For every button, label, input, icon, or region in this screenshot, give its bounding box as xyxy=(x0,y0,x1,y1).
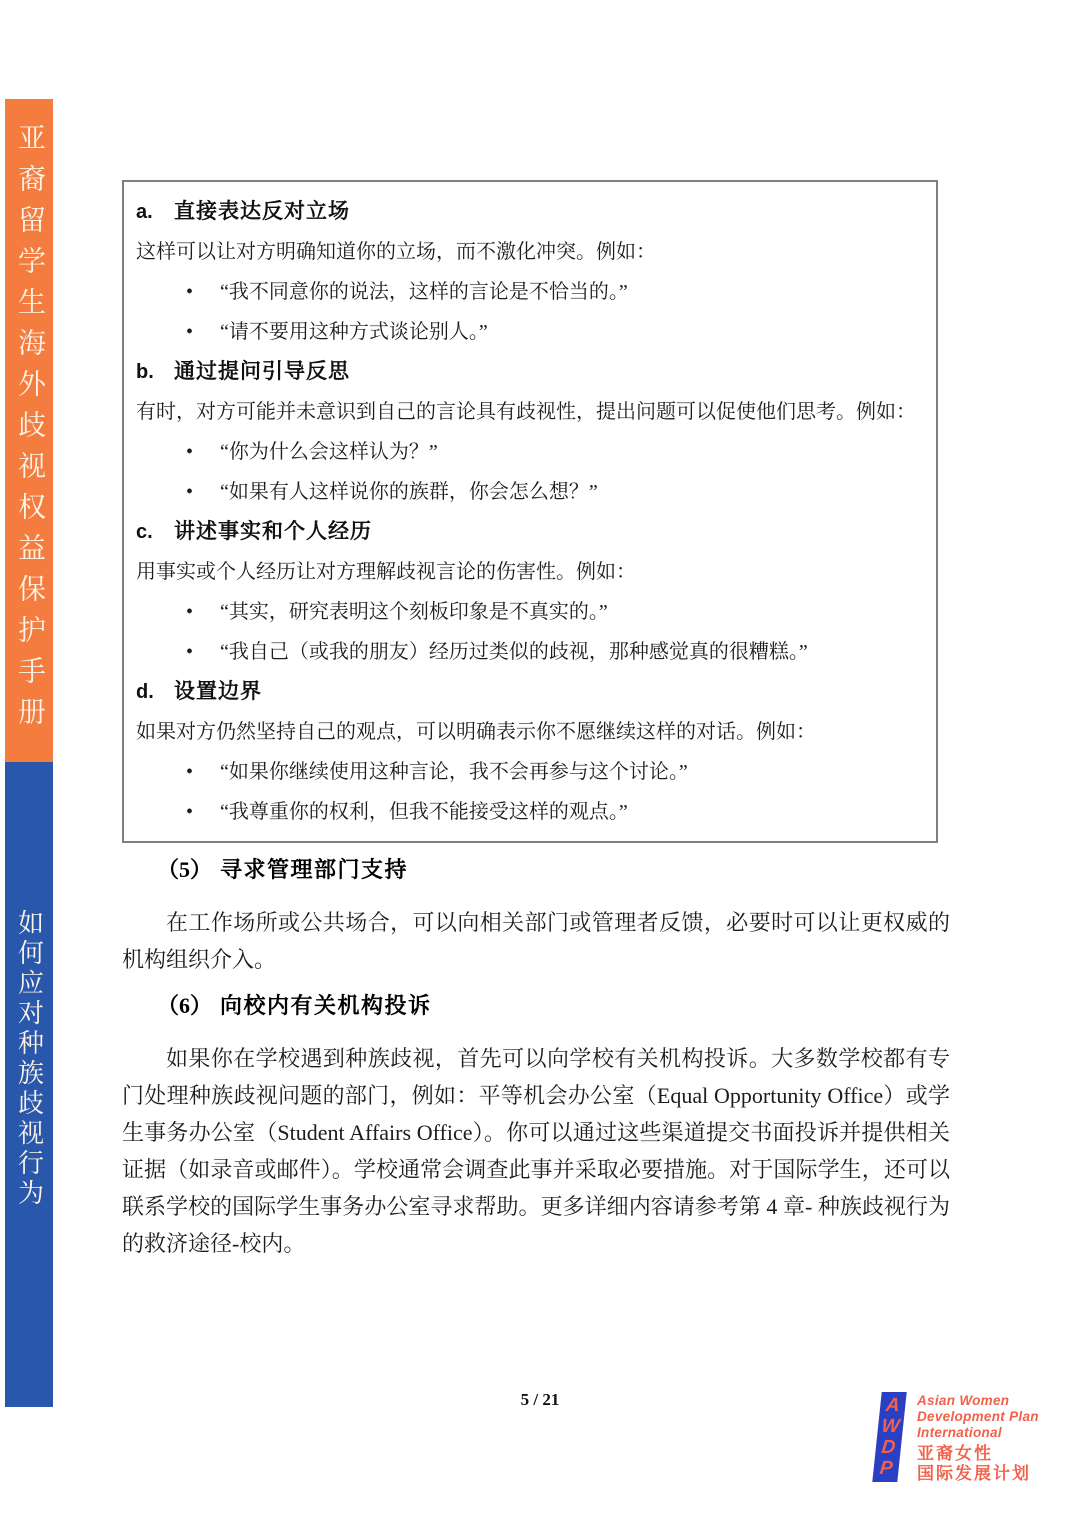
example-quote: “你为什么会这样认为？” xyxy=(136,432,922,472)
example-quote: “请不要用这种方式谈论别人。” xyxy=(136,312,922,352)
sidebar-chapter-band: 如何应对种族歧视行为 xyxy=(5,762,53,1407)
sidebar-chapter-title: 如何应对种族歧视行为 xyxy=(11,909,48,1209)
example-quote: “其实，研究表明这个刻板印象是不真实的。” xyxy=(136,592,922,632)
strategy-heading: d. 设置边界 xyxy=(136,672,922,712)
example-quote-text: “你为什么会这样认为？” xyxy=(220,441,438,463)
sidebar-handbook-title: 亚裔留学生海外歧视权益保护手册 xyxy=(9,123,49,738)
example-quote-text: “如果有人这样说你的族群，你会怎么想？” xyxy=(220,481,598,503)
example-quote: “我尊重你的权利，但我不能接受这样的观点。” xyxy=(136,792,922,832)
strategy-heading: c. 讲述事实和个人经历 xyxy=(136,512,922,552)
logo-line-zh: 亚裔女性 xyxy=(917,1444,1039,1464)
example-quote-text: “其实，研究表明这个刻板印象是不真实的。” xyxy=(220,601,608,623)
awdp-logo: A W D P Asian Women Development Plan Int… xyxy=(877,1392,1039,1484)
section-5: （5） 寻求管理部门支持 在工作场所或公共场合，可以向相关部门或管理者反馈，必要… xyxy=(122,852,950,978)
section-heading: （5） 寻求管理部门支持 xyxy=(122,852,950,888)
strategy-section-a: a. 直接表达反对立场 这样可以让对方明确知道你的立场，而不激化冲突。例如： “… xyxy=(136,192,922,352)
strategy-title: 讲述事实和个人经历 xyxy=(174,512,372,552)
example-quote-text: “如果你继续使用这种言论，我不会再参与这个讨论。” xyxy=(220,761,688,783)
awdp-logo-text: Asian Women Development Plan Internation… xyxy=(917,1392,1039,1484)
strategy-marker: a. xyxy=(136,192,174,232)
section-number: （5） xyxy=(157,852,212,888)
strategy-section-c: c. 讲述事实和个人经历 用事实或个人经历让对方理解歧视言论的伤害性。例如： “… xyxy=(136,512,922,672)
example-list: “我不同意你的说法，这样的言论是不恰当的。” “请不要用这种方式谈论别人。” xyxy=(136,272,922,352)
body-sections: （5） 寻求管理部门支持 在工作场所或公共场合，可以向相关部门或管理者反馈，必要… xyxy=(122,852,950,1262)
strategies-box: a. 直接表达反对立场 这样可以让对方明确知道你的立场，而不激化冲突。例如： “… xyxy=(122,180,938,843)
section-paragraph: 在工作场所或公共场合，可以向相关部门或管理者反馈，必要时可以让更权威的机构组织介… xyxy=(122,904,950,978)
strategy-title: 设置边界 xyxy=(174,672,262,712)
section-title: 向校内有关机构投诉 xyxy=(220,988,432,1024)
example-list: “你为什么会这样认为？” “如果有人这样说你的族群，你会怎么想？” xyxy=(136,432,922,512)
strategy-intro: 这样可以让对方明确知道你的立场，而不激化冲突。例如： xyxy=(136,232,922,272)
section-heading: （6） 向校内有关机构投诉 xyxy=(122,988,950,1024)
document-page: 亚裔留学生海外歧视权益保护手册 如何应对种族歧视行为 a. 直接表达反对立场 这… xyxy=(0,0,1080,1528)
sidebar-handbook-band: 亚裔留学生海外歧视权益保护手册 xyxy=(5,99,53,762)
section-paragraph: 如果你在学校遇到种族歧视，首先可以向学校有关机构投诉。大多数学校都有专门处理种族… xyxy=(122,1040,950,1262)
logo-letter: A xyxy=(885,1395,901,1416)
logo-letter: D xyxy=(880,1437,896,1458)
section-title: 寻求管理部门支持 xyxy=(220,852,408,888)
logo-line-en: Development Plan xyxy=(917,1409,1039,1425)
example-quote-text: “请不要用这种方式谈论别人。” xyxy=(220,321,488,343)
example-quote: “我自己（或我的朋友）经历过类似的歧视，那种感觉真的很糟糕。” xyxy=(136,632,922,672)
strategy-section-b: b. 通过提问引导反思 有时，对方可能并未意识到自己的言论具有歧视性，提出问题可… xyxy=(136,352,922,512)
example-list: “如果你继续使用这种言论，我不会再参与这个讨论。” “我尊重你的权利，但我不能接… xyxy=(136,752,922,832)
strategy-intro: 如果对方仍然坚持自己的观点，可以明确表示你不愿继续这样的对话。例如： xyxy=(136,712,922,752)
strategy-heading: a. 直接表达反对立场 xyxy=(136,192,922,232)
strategy-intro: 有时，对方可能并未意识到自己的言论具有歧视性，提出问题可以促使他们思考。例如： xyxy=(136,392,922,432)
strategy-heading: b. 通过提问引导反思 xyxy=(136,352,922,392)
example-list: “其实，研究表明这个刻板印象是不真实的。” “我自己（或我的朋友）经历过类似的歧… xyxy=(136,592,922,672)
logo-letter: W xyxy=(881,1416,901,1437)
strategy-intro: 用事实或个人经历让对方理解歧视言论的伤害性。例如： xyxy=(136,552,922,592)
strategy-section-d: d. 设置边界 如果对方仍然坚持自己的观点，可以明确表示你不愿继续这样的对话。例… xyxy=(136,672,922,832)
logo-line-en: International xyxy=(917,1425,1039,1441)
section-number: （6） xyxy=(157,988,212,1024)
example-quote-text: “我尊重你的权利，但我不能接受这样的观点。” xyxy=(220,801,628,823)
strategy-title: 直接表达反对立场 xyxy=(174,192,350,232)
strategy-marker: d. xyxy=(136,672,174,712)
strategy-title: 通过提问引导反思 xyxy=(174,352,350,392)
example-quote-text: “我不同意你的说法，这样的言论是不恰当的。” xyxy=(220,281,628,303)
strategy-marker: c. xyxy=(136,512,174,552)
section-6: （6） 向校内有关机构投诉 如果你在学校遇到种族歧视，首先可以向学校有关机构投诉… xyxy=(122,988,950,1262)
example-quote: “如果有人这样说你的族群，你会怎么想？” xyxy=(136,472,922,512)
example-quote: “如果你继续使用这种言论，我不会再参与这个讨论。” xyxy=(136,752,922,792)
example-quote: “我不同意你的说法，这样的言论是不恰当的。” xyxy=(136,272,922,312)
logo-line-zh: 国际发展计划 xyxy=(917,1464,1039,1484)
logo-letter: P xyxy=(879,1458,894,1479)
example-quote-text: “我自己（或我的朋友）经历过类似的歧视，那种感觉真的很糟糕。” xyxy=(220,641,808,663)
logo-line-en: Asian Women xyxy=(917,1393,1039,1409)
awdp-logo-mark-icon: A W D P xyxy=(872,1392,906,1482)
strategy-marker: b. xyxy=(136,352,174,392)
